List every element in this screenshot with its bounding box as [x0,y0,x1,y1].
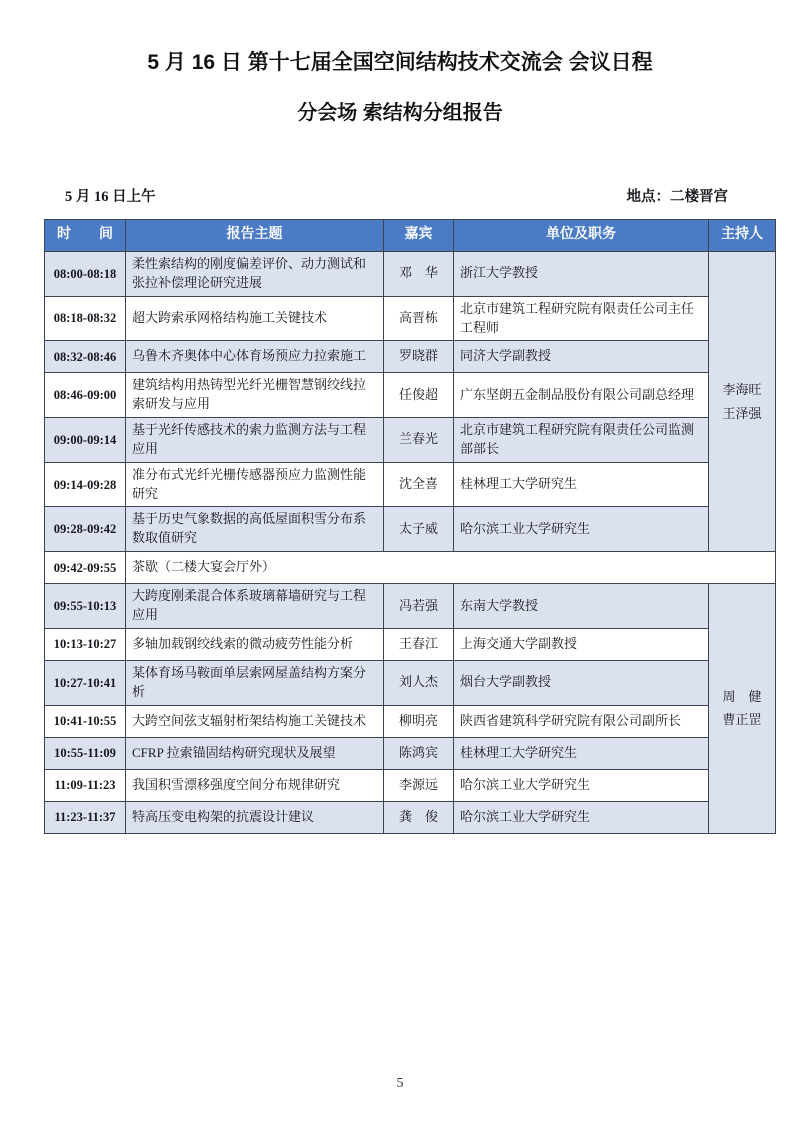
guest-cell: 太子威 [384,507,454,552]
time-cell: 08:46-09:00 [45,373,126,418]
topic-cell: CFRP 拉索锚固结构研究现状及展望 [126,737,384,769]
topic-cell: 多轴加载钢绞线索的微动疲劳性能分析 [126,628,384,660]
header-guest: 嘉宾 [384,220,454,252]
header-row: 时 间 报告主题 嘉宾 单位及职务 主持人 [45,220,776,252]
time-cell: 08:18-08:32 [45,296,126,341]
topic-cell: 大跨空间弦支辐射桁架结构施工关键技术 [126,705,384,737]
host-name: 李海旺 [711,378,773,401]
org-cell: 桂林理工大学研究生 [454,737,709,769]
time-cell: 09:28-09:42 [45,507,126,552]
guest-cell: 邓 华 [384,252,454,297]
topic-cell: 特高压变电构架的抗震设计建议 [126,801,384,833]
org-cell: 哈尔滨工业大学研究生 [454,801,709,833]
guest-cell: 龚 俊 [384,801,454,833]
org-cell: 哈尔滨工业大学研究生 [454,769,709,801]
guest-cell: 兰春光 [384,418,454,463]
guest-cell: 王春江 [384,628,454,660]
org-cell: 广东坚朗五金制品股份有限公司副总经理 [454,373,709,418]
session-meta-row: 5 月 16 日上午 地点：二楼晋宫 [44,185,756,206]
topic-cell: 乌鲁木齐奥体中心体育场预应力拉索施工 [126,341,384,373]
time-cell: 11:09-11:23 [45,769,126,801]
org-cell: 北京市建筑工程研究院有限责任公司主任工程师 [454,296,709,341]
org-cell: 北京市建筑工程研究院有限责任公司监测部部长 [454,418,709,463]
host-name: 王泽强 [711,402,773,425]
time-cell: 09:00-09:14 [45,418,126,463]
host-name: 周 健 [711,685,773,708]
table-row: 10:41-10:55 大跨空间弦支辐射桁架结构施工关键技术 柳明亮 陕西省建筑… [45,705,776,737]
guest-cell: 李源远 [384,769,454,801]
host-cell-morning-block2: 周 健 曹正罡 [709,584,776,833]
table-row: 10:13-10:27 多轴加载钢绞线索的微动疲劳性能分析 王春江 上海交通大学… [45,628,776,660]
time-cell: 10:55-11:09 [45,737,126,769]
tea-break-row: 09:42-09:55 茶歇（二楼大宴会厅外） [45,552,776,584]
schedule-table: 时 间 报告主题 嘉宾 单位及职务 主持人 08:00-08:18 柔性索结构的… [44,219,776,834]
time-cell: 09:14-09:28 [45,462,126,507]
session-label: 5 月 16 日上午 [44,185,156,206]
table-row: 09:00-09:14 基于光纤传感技术的索力监测方法与工程应用 兰春光 北京市… [45,418,776,463]
topic-cell: 大跨度刚柔混合体系玻璃幕墙研究与工程应用 [126,584,384,629]
header-host: 主持人 [709,220,776,252]
location-label: 地点：二楼晋宫 [627,185,757,206]
table-row: 08:46-09:00 建筑结构用热铸型光纤光栅智慧钢绞线拉索研发与应用 任俊超… [45,373,776,418]
table-row: 09:28-09:42 基于历史气象数据的高低屋面积雪分布系数取值研究 太子威 … [45,507,776,552]
guest-cell: 陈鸿宾 [384,737,454,769]
org-cell: 陕西省建筑科学研究院有限公司副所长 [454,705,709,737]
org-cell: 东南大学教授 [454,584,709,629]
guest-cell: 罗晓群 [384,341,454,373]
time-cell: 10:27-10:41 [45,660,126,705]
host-name: 曹正罡 [711,708,773,731]
table-row: 11:09-11:23 我国积雪漂移强度空间分布规律研究 李源远 哈尔滨工业大学… [45,769,776,801]
time-cell: 11:23-11:37 [45,801,126,833]
table-row: 08:00-08:18 柔性索结构的刚度偏差评价、动力测试和张拉补偿理论研究进展… [45,252,776,297]
header-topic: 报告主题 [126,220,384,252]
guest-cell: 任俊超 [384,373,454,418]
time-cell: 10:13-10:27 [45,628,126,660]
table-row: 08:18-08:32 超大跨索承网格结构施工关键技术 高晋栋 北京市建筑工程研… [45,296,776,341]
time-cell: 08:00-08:18 [45,252,126,297]
topic-cell: 建筑结构用热铸型光纤光栅智慧钢绞线拉索研发与应用 [126,373,384,418]
time-cell: 08:32-08:46 [45,341,126,373]
guest-cell: 柳明亮 [384,705,454,737]
document-subtitle: 分会场 索结构分组报告 [0,96,800,125]
guest-cell: 冯若强 [384,584,454,629]
time-cell: 09:55-10:13 [45,584,126,629]
topic-cell: 柔性索结构的刚度偏差评价、动力测试和张拉补偿理论研究进展 [126,252,384,297]
table-row: 09:55-10:13 大跨度刚柔混合体系玻璃幕墙研究与工程应用 冯若强 东南大… [45,584,776,629]
org-cell: 哈尔滨工业大学研究生 [454,507,709,552]
host-cell-morning-block1: 李海旺 王泽强 [709,252,776,552]
org-cell: 桂林理工大学研究生 [454,462,709,507]
time-cell: 09:42-09:55 [45,552,126,584]
table-row: 08:32-08:46 乌鲁木齐奥体中心体育场预应力拉索施工 罗晓群 同济大学副… [45,341,776,373]
topic-cell: 基于光纤传感技术的索力监测方法与工程应用 [126,418,384,463]
topic-cell: 超大跨索承网格结构施工关键技术 [126,296,384,341]
org-cell: 烟台大学副教授 [454,660,709,705]
org-cell: 上海交通大学副教授 [454,628,709,660]
org-cell: 浙江大学教授 [454,252,709,297]
table-row: 10:55-11:09 CFRP 拉索锚固结构研究现状及展望 陈鸿宾 桂林理工大… [45,737,776,769]
table-row: 10:27-10:41 某体育场马鞍面单层索网屋盖结构方案分析 刘人杰 烟台大学… [45,660,776,705]
document-title: 5 月 16 日 第十七届全国空间结构技术交流会 会议日程 [0,46,800,76]
header-time: 时 间 [45,220,126,252]
org-cell: 同济大学副教授 [454,341,709,373]
table-row: 11:23-11:37 特高压变电构架的抗震设计建议 龚 俊 哈尔滨工业大学研究… [45,801,776,833]
topic-cell: 准分布式光纤光栅传感器预应力监测性能研究 [126,462,384,507]
tea-break-cell: 茶歇（二楼大宴会厅外） [126,552,776,584]
topic-cell: 某体育场马鞍面单层索网屋盖结构方案分析 [126,660,384,705]
topic-cell: 我国积雪漂移强度空间分布规律研究 [126,769,384,801]
time-cell: 10:41-10:55 [45,705,126,737]
guest-cell: 沈全喜 [384,462,454,507]
table-row: 09:14-09:28 准分布式光纤光栅传感器预应力监测性能研究 沈全喜 桂林理… [45,462,776,507]
header-org: 单位及职务 [454,220,709,252]
topic-cell: 基于历史气象数据的高低屋面积雪分布系数取值研究 [126,507,384,552]
guest-cell: 刘人杰 [384,660,454,705]
guest-cell: 高晋栋 [384,296,454,341]
page-number: 5 [0,1076,800,1092]
